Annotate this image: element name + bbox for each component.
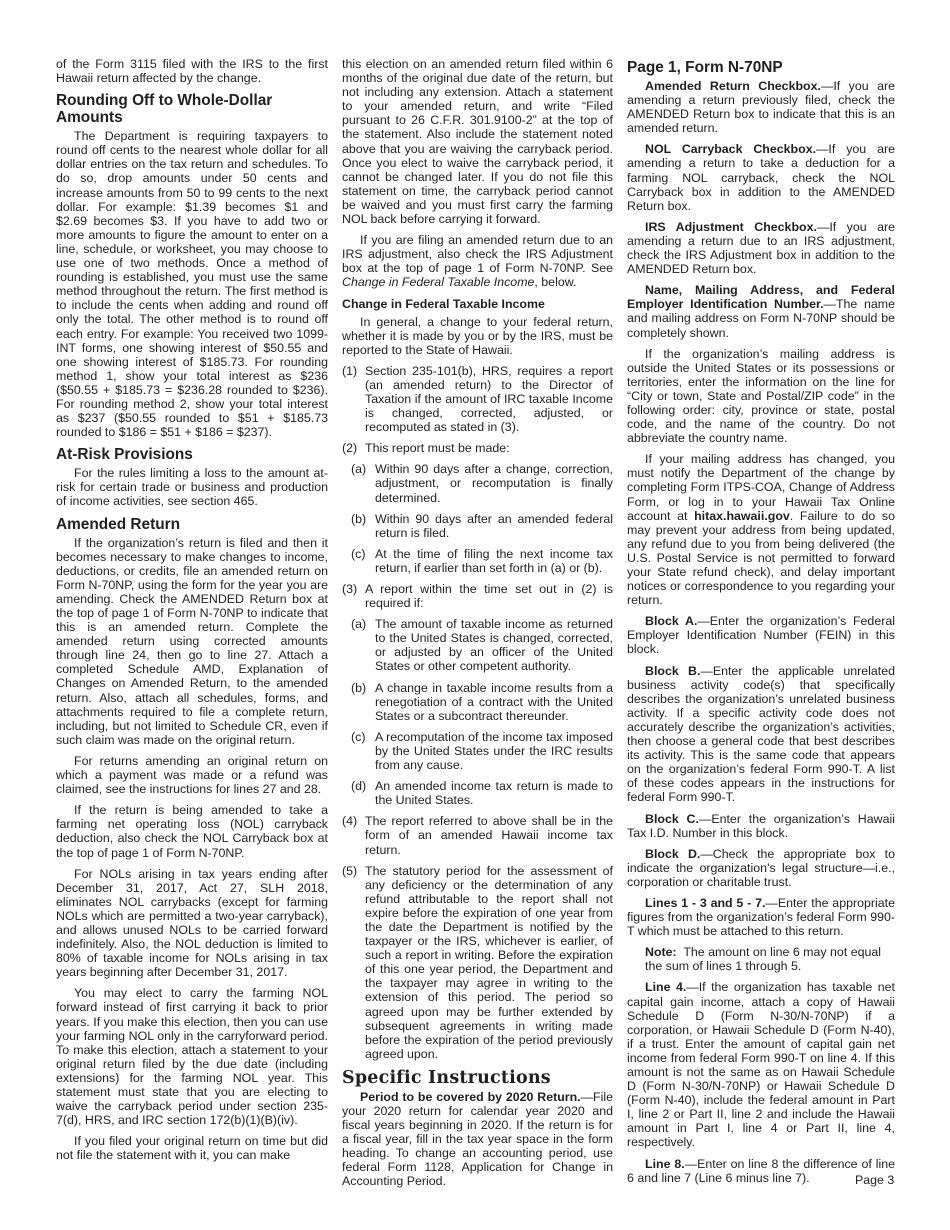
paragraph-amended-5: You may elect to carry the farming NOL f… [56, 986, 328, 1127]
column-right: Page 1, Form N-70NP Amended Return Check… [627, 57, 895, 1192]
paragraph-irs-checkbox: IRS Adjustment Checkbox.—If you are amen… [627, 220, 895, 276]
paragraph-amended-2: For returns amending an original return … [56, 754, 328, 796]
list-item-3b: (b)A change in taxable income results fr… [351, 681, 613, 723]
paragraph-block-c: Block C.—Enter the organization’s Hawaii… [627, 812, 895, 840]
list-item-2c: (c)At the time of filing the next income… [351, 547, 613, 575]
heading-amended-return: Amended Return [56, 516, 328, 533]
paragraph-lines-1-3-5-7: Lines 1 - 3 and 5 - 7.—Enter the appropr… [627, 896, 895, 938]
list-item-4: (4)The report referred to above shall be… [342, 814, 613, 856]
heading-specific-instructions: Specific Instructions [342, 1068, 613, 1088]
list-item-1: (1)Section 235-101(b), HRS, requires a r… [342, 364, 613, 434]
paragraph-outside-us: If the organization’s mailing address is… [627, 347, 895, 446]
paragraph-line-4: Line 4.—If the organization has taxable … [627, 980, 895, 1149]
cross-reference-change-federal: Change in Federal Taxable Income [342, 275, 534, 289]
paragraph-election-continued: this election on an amended return filed… [342, 57, 613, 226]
page-number: Page 3 [855, 1173, 894, 1187]
heading-page1-form-n70np: Page 1, Form N-70NP [627, 59, 895, 76]
paragraph-period-covered: Period to be covered by 2020 Return.—Fil… [342, 1090, 613, 1189]
paragraph-name-address-fein: Name, Mailing Address, and Federal Emplo… [627, 283, 895, 339]
list-item-3c: (c)A recomputation of the income tax imp… [351, 730, 613, 772]
paragraph-rounding: The Department is requiring taxpayers to… [56, 129, 328, 439]
paragraph-amended-3: If the return is being amended to take a… [56, 803, 328, 859]
list-item-2: (2)This report must be made: [342, 441, 613, 455]
list-item-2b: (b)Within 90 days after an amended feder… [351, 512, 613, 540]
heading-change-federal-taxable-income: Change in Federal Taxable Income [342, 297, 613, 311]
paragraph-change-federal-intro: In general, a change to your federal ret… [342, 315, 613, 357]
list-item-3d: (d)An amended income tax return is made … [351, 779, 613, 807]
paragraph-form-3115-continued: of the Form 3115 filed with the IRS to t… [56, 57, 328, 85]
list-item-3: (3)A report within the time set out in (… [342, 582, 613, 610]
paragraph-block-b: Block B.—Enter the applicable unrelated … [627, 664, 895, 805]
paragraph-irs-adjustment: If you are filing an amended return due … [342, 233, 613, 289]
paragraph-nol-checkbox: NOL Carryback Checkbox.—If you are amend… [627, 142, 895, 212]
paragraph-block-a: Block A.—Enter the organization’s Federa… [627, 614, 895, 656]
note-line-6: Note: The amount on line 6 may not equal… [645, 945, 895, 973]
link-hitax[interactable]: hitax.hawaii.gov [694, 509, 790, 523]
heading-rounding-off: Rounding Off to Whole-Dollar Amounts [56, 92, 328, 126]
list-item-5: (5)The statutory period for the assessme… [342, 864, 613, 1061]
paragraph-amended-4: For NOLs arising in tax years ending aft… [56, 867, 328, 980]
column-middle: this election on an amended return filed… [342, 57, 613, 1196]
paragraph-amended-checkbox: Amended Return Checkbox.—If you are amen… [627, 79, 895, 135]
paragraph-address-change: If your mailing address has changed, you… [627, 452, 895, 607]
paragraph-block-d: Block D.—Check the appropriate box to in… [627, 847, 895, 889]
column-left: of the Form 3115 filed with the IRS to t… [56, 57, 328, 1169]
paragraph-amended-6: If you filed your original return on tim… [56, 1134, 328, 1162]
heading-at-risk-provisions: At-Risk Provisions [56, 446, 328, 463]
list-item-2a: (a)Within 90 days after a change, correc… [351, 462, 613, 504]
paragraph-amended-1: If the organization’s return is filed an… [56, 536, 328, 747]
paragraph-at-risk: For the rules limiting a loss to the amo… [56, 466, 328, 508]
list-item-3a: (a)The amount of taxable income as retur… [351, 617, 613, 673]
